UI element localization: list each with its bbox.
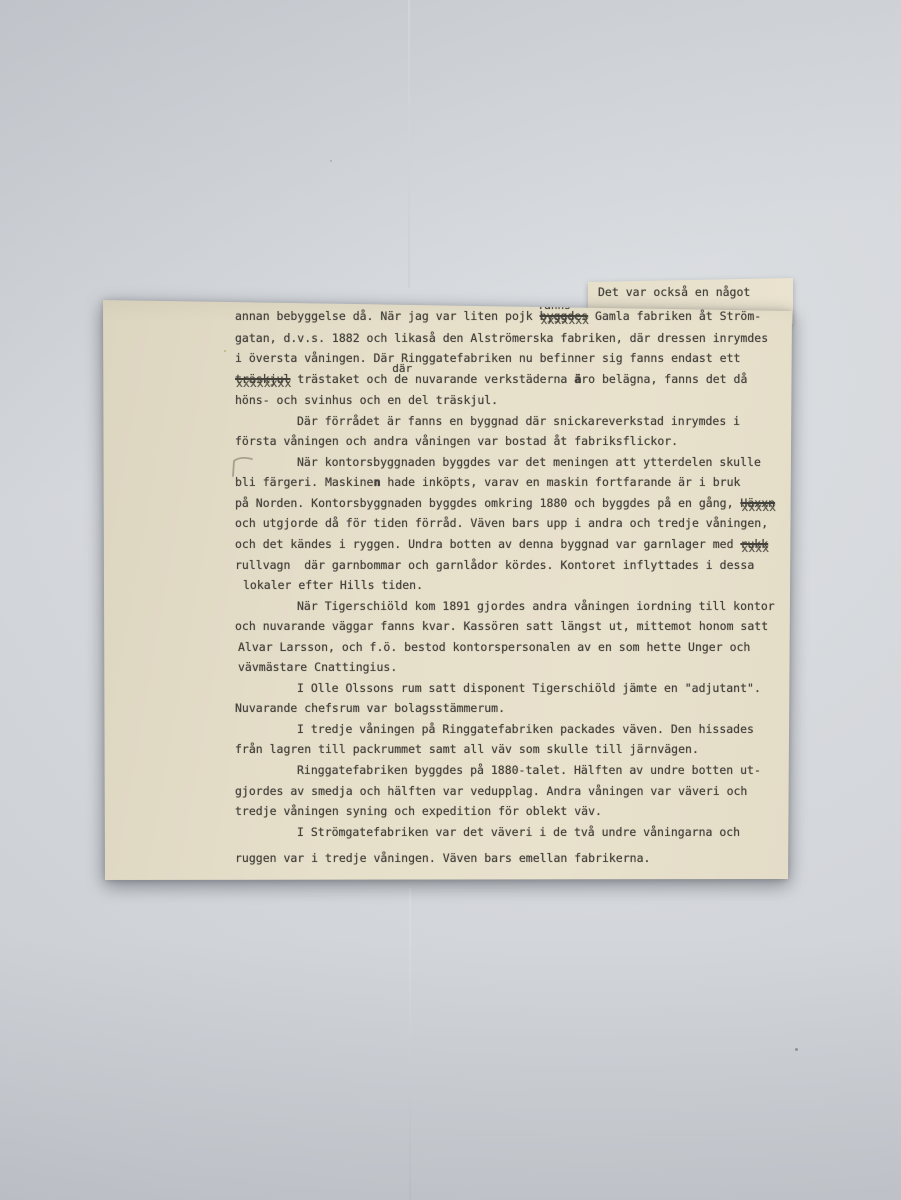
photo-background: Det var också en något annan bebyggelse …: [0, 0, 901, 1200]
typed-text: I tredje våningen på Ringgatefabriken pa…: [297, 722, 754, 736]
typed-text: och utgjorde då för tiden förråd. Väven …: [235, 516, 768, 530]
typed-text: gatan, d.v.s. 1882 och likaså den Alströ…: [235, 331, 768, 345]
typed-line: I Strömgatefabriken var det väveri i de …: [235, 822, 787, 843]
typed-line: I tredje våningen på Ringgatefabriken pa…: [235, 719, 787, 740]
backdrop-crease-bottom: [409, 888, 411, 1200]
typed-text: I Olle Olssons rum satt disponent Tigers…: [297, 681, 761, 695]
typed-text: annan bebyggelse då. När jag var liten p…: [235, 309, 540, 323]
typed-line: När kontorsbyggnaden byggdes var det men…: [235, 452, 787, 473]
typed-text: på Norden. Kontorsbyggnaden byggdes omkr…: [235, 496, 740, 510]
typed-text: vävmästare Cnattingius.: [238, 660, 397, 674]
typed-line: Alvar Larsson, och f.ö. bestod kontorspe…: [235, 637, 787, 658]
struck-text: rukk: [740, 537, 768, 551]
typed-line: lokaler efter Hills tiden.: [235, 575, 787, 596]
typed-line: på Norden. Kontorsbyggnaden byggdes omkr…: [235, 493, 787, 514]
typed-text: höns- och svinhus och en del träskjul.: [235, 393, 498, 407]
typed-text: hade inköpts, varav en maskin fortfarand…: [380, 475, 740, 489]
typed-line: från lagren till packrummet samt all väv…: [235, 739, 787, 760]
dust-speck: [795, 1048, 798, 1051]
typed-line: Ringgatefabriken byggdes på 1880-talet. …: [235, 760, 787, 781]
paper-sheet: annan bebyggelse då. När jag var liten p…: [102, 298, 792, 882]
typed-text: tredje våningen syning och expedition fö…: [235, 804, 602, 818]
typed-text: rullvagn där garnbommar och garnlådor kö…: [235, 558, 754, 572]
typed-text: lokaler efter Hills tiden.: [243, 578, 423, 592]
typed-text: från lagren till packrummet samt all väv…: [235, 742, 699, 756]
typed-line: tredje våningen syning och expedition fö…: [235, 801, 787, 822]
typed-text: Alvar Larsson, och f.ö. bestod kontorspe…: [238, 640, 750, 654]
typed-line: När Tigerschiöld kom 1891 gjordes andra …: [235, 596, 787, 617]
typed-text: Där förrådet är fanns en byggnad där sni…: [297, 414, 740, 428]
dust-speck: [330, 160, 332, 162]
typed-text: i översta våningen. Där Ringgatefabriken…: [235, 351, 740, 365]
typed-text: första våningen och andra våningen var b…: [235, 434, 678, 448]
typed-line: rullvagn där garnbommar och garnlådor kö…: [235, 555, 787, 576]
typed-text: Ringgatefabriken byggdes på 1880-talet. …: [297, 763, 761, 777]
typed-text: ruggen var i tredje våningen. Väven bars…: [235, 851, 650, 865]
typed-text-block: annan bebyggelse då. När jag var liten p…: [235, 306, 787, 869]
typed-line: Nuvarande chefsrum var bolagsstämmerum.: [235, 698, 787, 719]
typed-line: Där förrådet är fanns en byggnad där sni…: [235, 411, 787, 432]
typed-line: i översta våningen. Där Ringgatefabriken…: [235, 348, 787, 369]
typed-line: ruggen var i tredje våningen. Väven bars…: [235, 848, 787, 869]
typed-text: och det kändes i ryggen. Undra botten av…: [235, 537, 740, 551]
tab-typed-line: Det var också en något: [588, 278, 793, 300]
typed-line: gjordes av smedja och hälften var vedupp…: [235, 781, 787, 802]
typed-line: första våningen och andra våningen var b…: [235, 431, 787, 452]
struck-text: byggdes: [540, 309, 588, 323]
struck-text: träskjul: [235, 372, 290, 386]
typed-line: I Olle Olssons rum satt disponent Tigers…: [235, 678, 787, 699]
typed-text: och nuvarande väggar fanns kvar. Kassöre…: [235, 619, 768, 633]
typed-line: och det kändes i ryggen. Undra botten av…: [235, 534, 787, 555]
typed-line: annan bebyggelse då. När jag var liten p…: [235, 306, 787, 328]
typed-line: bli färgeri. Maskinen hade inköpts, vara…: [235, 472, 787, 493]
typed-line: och utgjorde då för tiden förråd. Väven …: [235, 513, 787, 534]
typed-text: de nuvarande verkstäderna: [394, 372, 574, 386]
typed-text: När Tigerschiöld kom 1891 gjordes andra …: [297, 599, 775, 613]
typed-text: bli färgeri. Maskine: [235, 475, 373, 489]
typed-line: och nuvarande väggar fanns kvar. Kassöre…: [235, 616, 787, 637]
backdrop-crease-top: [408, 0, 410, 288]
typed-line: vävmästare Cnattingius.: [235, 657, 787, 678]
typed-text: I Strömgatefabriken var det väveri i de …: [297, 825, 740, 839]
typed-line: höns- och svinhus och en del träskjul.: [235, 390, 787, 411]
typed-text: gjordes av smedja och hälften var vedupp…: [235, 784, 747, 798]
typed-line: gatan, d.v.s. 1882 och likaså den Alströ…: [235, 328, 787, 349]
typed-text: När kontorsbyggnaden byggdes var det men…: [297, 455, 761, 469]
typed-text: trästaket och: [290, 372, 394, 386]
paper-sheet-wrap: annan bebyggelse då. När jag var liten p…: [102, 298, 792, 882]
typed-line: träskjul trästaket och därde nuvarande v…: [235, 369, 787, 391]
typed-text: Gamla fabriken åt Ström-: [588, 309, 761, 323]
typed-text: ro belägna, fanns det då: [581, 372, 747, 386]
paper-speck: [224, 350, 226, 352]
typed-text: Nuvarande chefsrum var bolagsstämmerum.: [235, 701, 505, 715]
struck-text: Häxxn: [740, 496, 775, 510]
